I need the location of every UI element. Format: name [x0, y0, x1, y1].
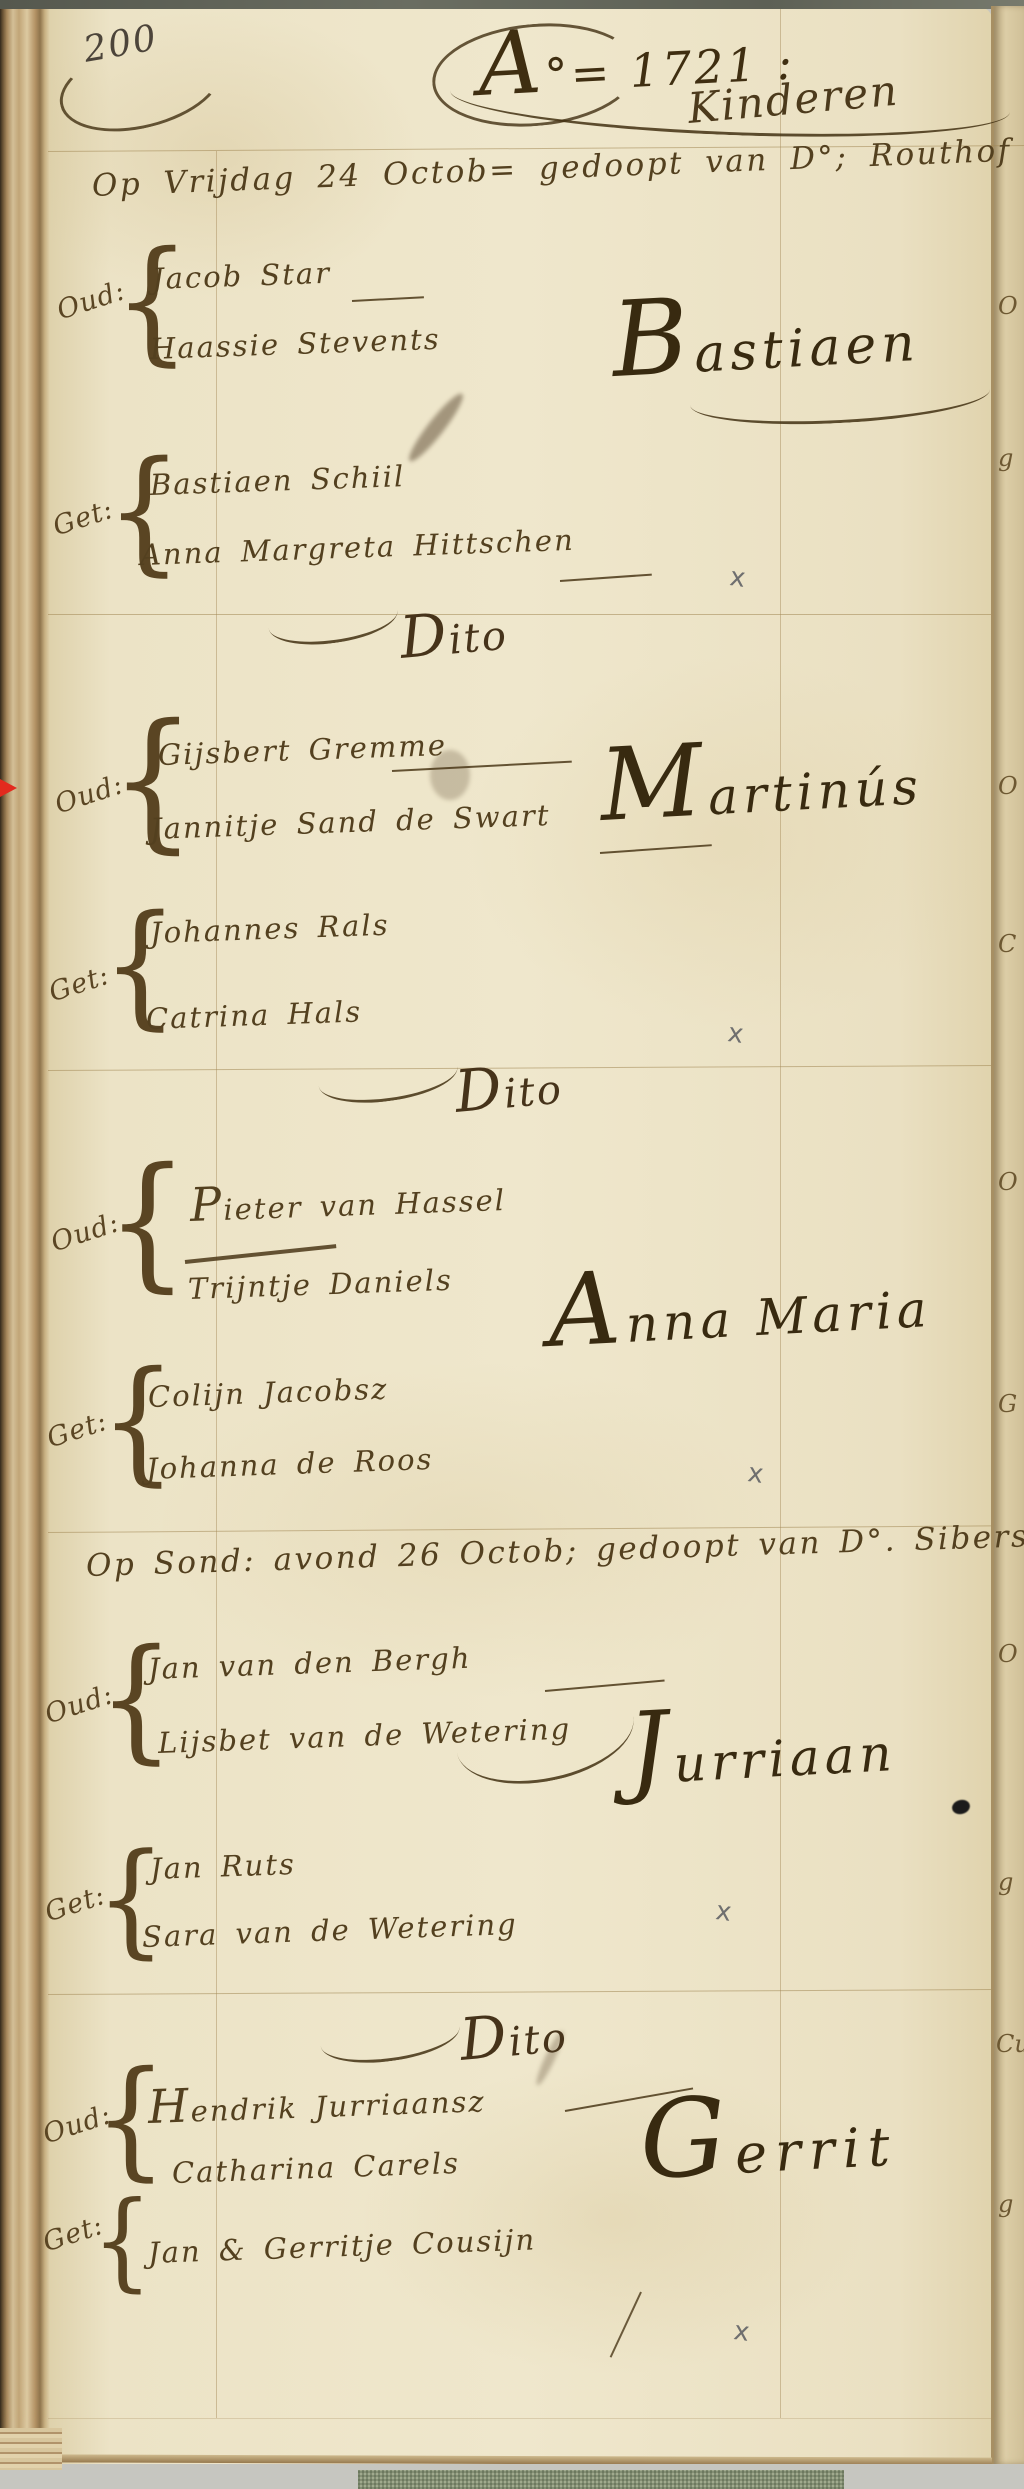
rule-line — [48, 614, 991, 615]
margin-fragment: g — [998, 1868, 1013, 1896]
rule-line — [48, 2418, 991, 2419]
page-stack-corner — [0, 2428, 62, 2470]
dito-heading: Dito — [397, 595, 510, 672]
brace-glyph: { — [106, 1148, 189, 1294]
facing-page-sliver: O g O C O G O g Cu g — [994, 6, 1024, 2464]
parent-name: Jacob Star — [151, 256, 331, 296]
scan-top-edge — [0, 0, 1024, 9]
witness-name: Jan Ruts — [149, 1847, 296, 1886]
parent-name: Pieter van Hassel — [189, 1167, 507, 1232]
margin-fragment: O — [998, 772, 1018, 800]
margin-fragment: G — [998, 1390, 1017, 1418]
dito-heading: Dito — [452, 1049, 565, 1126]
margin-fragment: O — [998, 1640, 1018, 1668]
red-arrow-marker — [0, 779, 17, 797]
brace-glyph: { — [92, 2188, 152, 2294]
margin-fragment: g — [998, 2190, 1013, 2218]
book-cloth-strip — [358, 2470, 844, 2489]
margin-fragment: O — [998, 1168, 1018, 1196]
scanned-baptism-register-page: O g O C O G O g Cu g 200 A°= 1721 : Kind… — [0, 0, 1024, 2489]
book-spine — [0, 6, 50, 2468]
margin-fragment: Cu — [996, 2030, 1024, 2058]
child-name: Jurriaan — [625, 1686, 898, 1800]
margin-fragment: O — [998, 292, 1018, 320]
margin-fragment: C — [998, 930, 1016, 958]
child-name: Gerrit — [637, 2075, 899, 2196]
margin-fragment: g — [998, 444, 1013, 472]
child-name: Martinús — [597, 719, 924, 836]
child-name: Anna Maria — [545, 1242, 933, 1362]
